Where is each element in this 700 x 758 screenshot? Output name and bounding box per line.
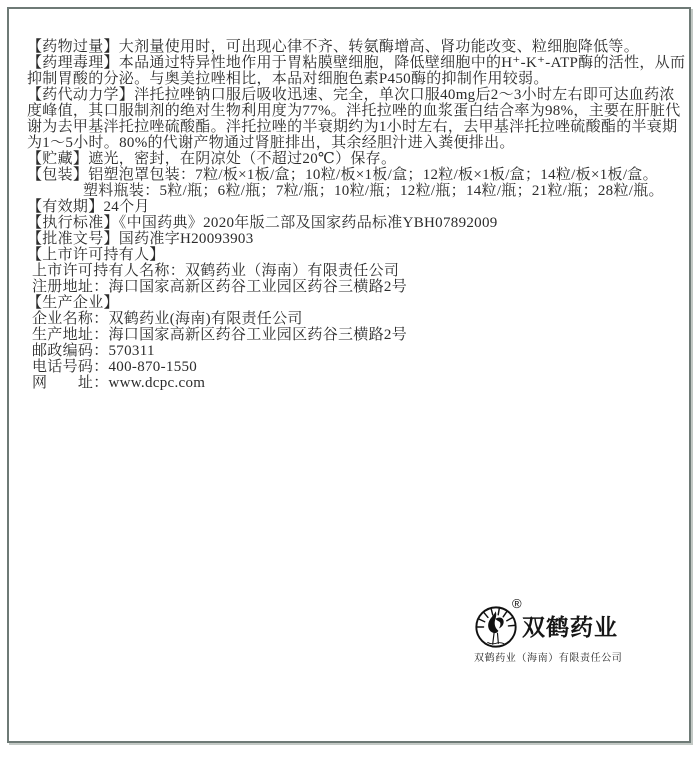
leaflet-line-website: 网 址：www.dcpc.com (27, 375, 683, 391)
leaflet-line-pharmacokinetics-4: 为1～5小时。80%的代谢产物通过肾脏排出，其余经胆汁进入粪便排出。 (27, 135, 683, 151)
leaflet-line-pharmacokinetics-3: 谢为去甲基泮托拉唑硫酸酯。泮托拉唑的半衰期约为1小时左右，去甲基泮托拉唑硫酸酯的… (27, 119, 683, 135)
leaflet-line-storage: 【贮藏】遮光，密封，在阴凉处（不超过20℃）保存。 (27, 151, 683, 167)
leaflet-line-pharmacology-1: 【药理毒理】本品通过特异性地作用于胃粘膜壁细胞，降低壁细胞中的H⁺-K⁺-ATP… (27, 55, 683, 71)
leaflet-line-overdose: 【药物过量】大剂量使用时，可出现心律不齐、转氨酶增高、肾功能改变、粒细胞降低等。 (27, 39, 683, 55)
leaflet-line-holder-name: 上市许可持有人名称：双鹤药业（海南）有限责任公司 (27, 263, 683, 279)
leaflet-line-pharmacokinetics-2: 度峰值，其口服制剂的绝对生物利用度为77%。泮托拉唑的血浆蛋白结合率为98%，主… (27, 103, 683, 119)
leaflet-line-packaging-blister: 【包装】铝塑泡罩包装：7粒/板×1板/盒；10粒/板×1板/盒；12粒/板×1板… (27, 167, 683, 183)
leaflet-text-block: 【药物过量】大剂量使用时，可出现心律不齐、转氨酶增高、肾功能改变、粒细胞降低等。… (27, 39, 683, 391)
leaflet-page-border: 【药物过量】大剂量使用时，可出现心律不齐、转氨酶增高、肾功能改变、粒细胞降低等。… (7, 7, 691, 743)
leaflet-line-production-address: 生产地址：海口国家高新区药谷工业园区药谷三横路2号 (27, 327, 683, 343)
leaflet-line-company-name: 企业名称：双鹤药业(海南)有限责任公司 (27, 311, 683, 327)
leaflet-line-pharmacokinetics-1: 【药代动力学】泮托拉唑钠口服后吸收迅速、完全，单次口服40mg后2～3小时左右即… (27, 87, 683, 103)
registered-trademark-icon: ® (512, 596, 522, 611)
brand-logo: ® 双鹤药业 双鹤药业（海南）有限责任公司 (471, 601, 656, 673)
leaflet-line-postal-code: 邮政编码：570311 (27, 343, 683, 359)
leaflet-line-shelf-life: 【有效期】24个月 (27, 199, 683, 215)
leaflet-line-pharmacology-2: 抑制胃酸的分泌。与奥美拉唑相比，本品对细胞色素P450酶的抑制作用较弱。 (27, 71, 683, 87)
leaflet-line-packaging-bottle: 塑料瓶装：5粒/瓶；6粒/瓶；7粒/瓶；10粒/瓶；12粒/瓶；14粒/瓶；21… (27, 183, 683, 199)
leaflet-line-registered-address: 注册地址：海口国家高新区药谷工业园区药谷三横路2号 (27, 279, 683, 295)
leaflet-line-standard: 【执行标准】《中国药典》2020年版二部及国家药品标准YBH07892009 (27, 215, 683, 231)
leaflet-line-manufacturer-head: 【生产企业】 (27, 295, 683, 311)
leaflet-line-phone-number: 电话号码：400-870-1550 (27, 359, 683, 375)
leaflet-line-approval-number: 【批准文号】国药准字H20093903 (27, 231, 683, 247)
brand-name: 双鹤药业 (522, 609, 618, 642)
leaflet-scan: 【药物过量】大剂量使用时，可出现心律不齐、转氨酶增高、肾功能改变、粒细胞降低等。… (0, 0, 700, 758)
company-name: 双鹤药业（海南）有限责任公司 (474, 649, 622, 664)
leaflet-line-license-holder-head: 【上市许可持有人】 (27, 247, 683, 263)
